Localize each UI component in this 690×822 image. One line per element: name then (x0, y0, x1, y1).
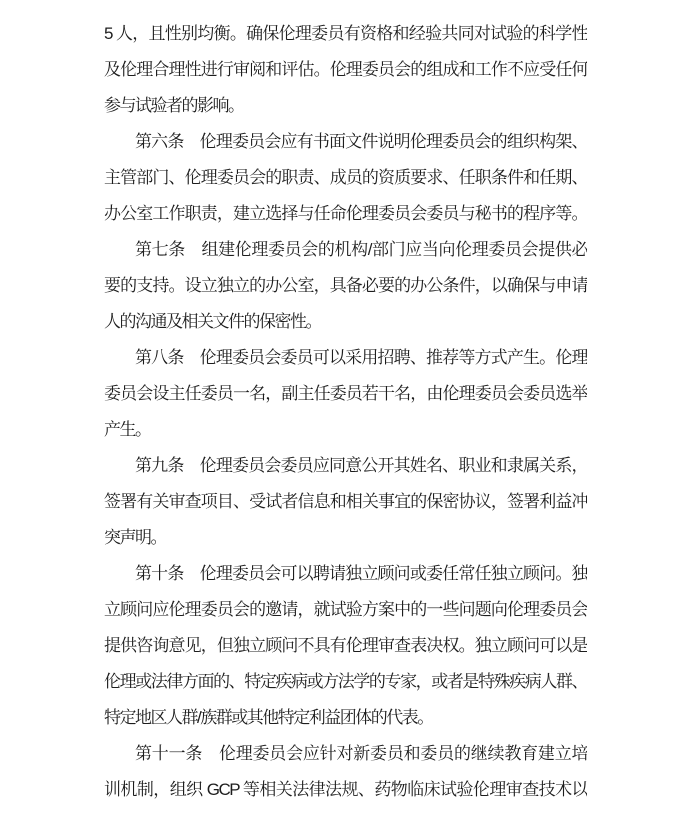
text-line: 参与试验者的影响。 (104, 88, 587, 124)
text-line: 第八条 伦理委员会委员可以采用招聘、推荐等方式产生。伦理 (104, 340, 587, 376)
text-line: 及伦理合理性进行审阅和评估。伦理委员会的组成和工作不应受任何 (104, 52, 587, 88)
text-line: 伦理或法律方面的、特定疾病或方法学的专家，或者是特殊疾病人群、 (104, 664, 587, 700)
paragraph-article-9: 第九条 伦理委员会委员应同意公开其姓名、职业和隶属关系， 签署有关审查项目、受试… (104, 448, 587, 556)
paragraph-article-11: 第十一条 伦理委员会应针对新委员和委员的继续教育建立培 训机制，组织 GCP 等… (104, 736, 587, 808)
text-line: 训机制，组织 GCP 等相关法律法规、药物临床试验伦理审查技术以 (104, 772, 587, 808)
text-line: 第十条 伦理委员会可以聘请独立顾问或委任常任独立顾问。独 (104, 556, 587, 592)
paragraph-article-7: 第七条 组建伦理委员会的机构/部门应当向伦理委员会提供必 要的支持。设立独立的办… (104, 232, 587, 340)
paragraph-article-10: 第十条 伦理委员会可以聘请独立顾问或委任常任独立顾问。独 立顾问应伦理委员会的邀… (104, 556, 587, 736)
text-line: 委员会设主任委员一名，副主任委员若干名，由伦理委员会委员选举 (104, 376, 587, 412)
text-line: 5 人，且性别均衡。确保伦理委员有资格和经验共同对试验的科学性 (104, 16, 587, 52)
document-page: 5 人，且性别均衡。确保伦理委员有资格和经验共同对试验的科学性 及伦理合理性进行… (0, 0, 690, 822)
paragraph-article-6: 第六条 伦理委员会应有书面文件说明伦理委员会的组织构架、 主管部门、伦理委员会的… (104, 124, 587, 232)
text-line: 要的支持。设立独立的办公室，具备必要的办公条件，以确保与申请 (104, 268, 587, 304)
text-line: 人的沟通及相关文件的保密性。 (104, 304, 587, 340)
text-line: 第九条 伦理委员会委员应同意公开其姓名、职业和隶属关系， (104, 448, 587, 484)
text-line: 签署有关审查项目、受试者信息和相关事宜的保密协议，签署利益冲 (104, 484, 587, 520)
text-line: 特定地区人群/族群或其他特定利益团体的代表。 (104, 700, 587, 736)
text-line: 立顾问应伦理委员会的邀请，就试验方案中的一些问题向伦理委员会 (104, 592, 587, 628)
text-line: 提供咨询意见，但独立顾问不具有伦理审查表决权。独立顾问可以是 (104, 628, 587, 664)
document-text-block: 5 人，且性别均衡。确保伦理委员有资格和经验共同对试验的科学性 及伦理合理性进行… (104, 16, 587, 808)
text-line: 第六条 伦理委员会应有书面文件说明伦理委员会的组织构架、 (104, 124, 587, 160)
paragraph: 5 人，且性别均衡。确保伦理委员有资格和经验共同对试验的科学性 及伦理合理性进行… (104, 16, 587, 124)
text-line: 第七条 组建伦理委员会的机构/部门应当向伦理委员会提供必 (104, 232, 587, 268)
text-line: 主管部门、伦理委员会的职责、成员的资质要求、任职条件和任期、 (104, 160, 587, 196)
text-line: 办公室工作职责，建立选择与任命伦理委员会委员与秘书的程序等。 (104, 196, 587, 232)
paragraph-article-8: 第八条 伦理委员会委员可以采用招聘、推荐等方式产生。伦理 委员会设主任委员一名，… (104, 340, 587, 448)
text-line: 突声明。 (104, 520, 587, 556)
text-line: 产生。 (104, 412, 587, 448)
text-line: 第十一条 伦理委员会应针对新委员和委员的继续教育建立培 (104, 736, 587, 772)
